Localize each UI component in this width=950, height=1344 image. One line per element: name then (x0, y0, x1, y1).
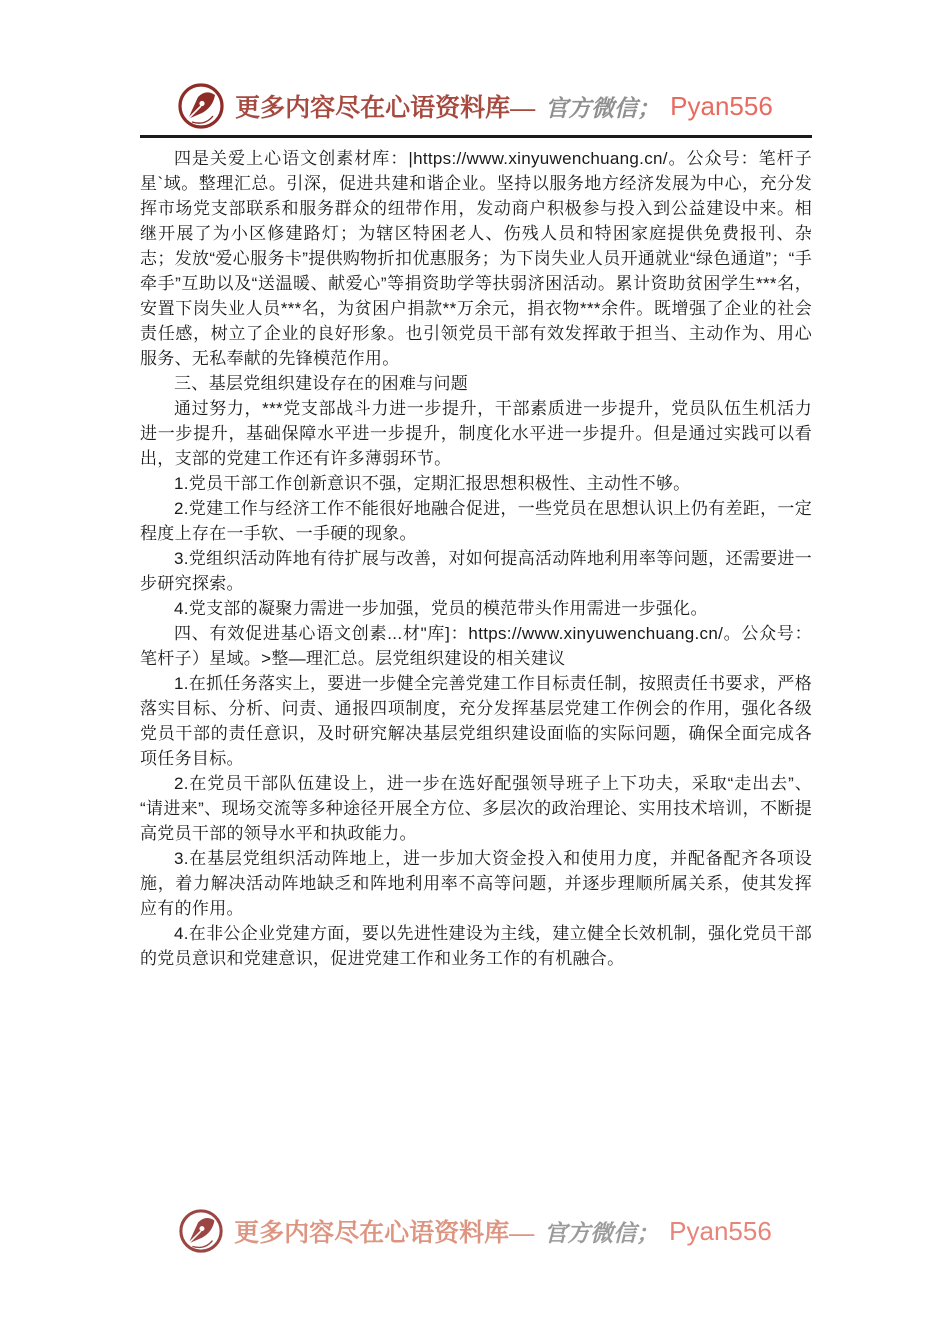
paragraph: 4.党支部的凝聚力需进一步加强，党员的模范带头作用需进一步强化。 (140, 596, 812, 621)
pen-nib-circle-logo-icon (178, 1208, 224, 1254)
header-divider (140, 135, 812, 138)
brand-text: 更多内容尽在心语资料库— (235, 88, 535, 124)
wechat-id: Pyan556 (669, 1216, 772, 1247)
paragraph: 1.在抓任务落实上，要进一步健全完善党建工作目标责任制，按照责任书要求，严格落实… (140, 671, 812, 771)
paragraph: 四是关爱上心语文创素材库：|https://www.xinyuwenchuang… (140, 146, 812, 371)
paragraph: 四、有效促进基心语文创素...材"库]：https://www.xinyuwen… (140, 621, 812, 671)
paragraph: 三、基层党组织建设存在的困难与问题 (140, 371, 812, 396)
pen-nib-circle-logo-icon (177, 82, 225, 130)
paragraph: 2.党建工作与经济工作不能很好地融合促进，一些党员在思想认识上仍有差距，一定程度… (140, 496, 812, 546)
wechat-id: Pyan556 (670, 91, 773, 122)
paragraph: 1.党员干部工作创新意识不强，定期汇报思想积极性、主动性不够。 (140, 471, 812, 496)
brand-text: 更多内容尽在心语资料库— (234, 1213, 534, 1249)
paragraph: 2.在党员干部队伍建设上，进一步在选好配强领导班子上下功夫，采取“走出去”、“请… (140, 771, 812, 846)
paragraph: 3.党组织活动阵地有待扩展与改善，对如何提高活动阵地利用率等问题，还需要进一步研… (140, 546, 812, 596)
paragraph: 4.在非公企业党建方面，要以先进性建设为主线，建立健全长效机制，强化党员干部的党… (140, 921, 812, 971)
page-footer: 更多内容尽在心语资料库— 官方微信； Pyan556 (0, 1208, 950, 1254)
wechat-label: 官方微信； (545, 90, 660, 123)
page-header: 更多内容尽在心语资料库— 官方微信； Pyan556 (0, 82, 950, 130)
paragraph: 通过努力，***党支部战斗力进一步提升，干部素质进一步提升，党员队伍生机活力进一… (140, 396, 812, 471)
paragraph: 3.在基层党组织活动阵地上，进一步加大资金投入和使用力度，并配备配齐各项设施，着… (140, 846, 812, 921)
document-body: 四是关爱上心语文创素材库：|https://www.xinyuwenchuang… (140, 146, 812, 971)
wechat-label: 官方微信； (544, 1215, 659, 1248)
